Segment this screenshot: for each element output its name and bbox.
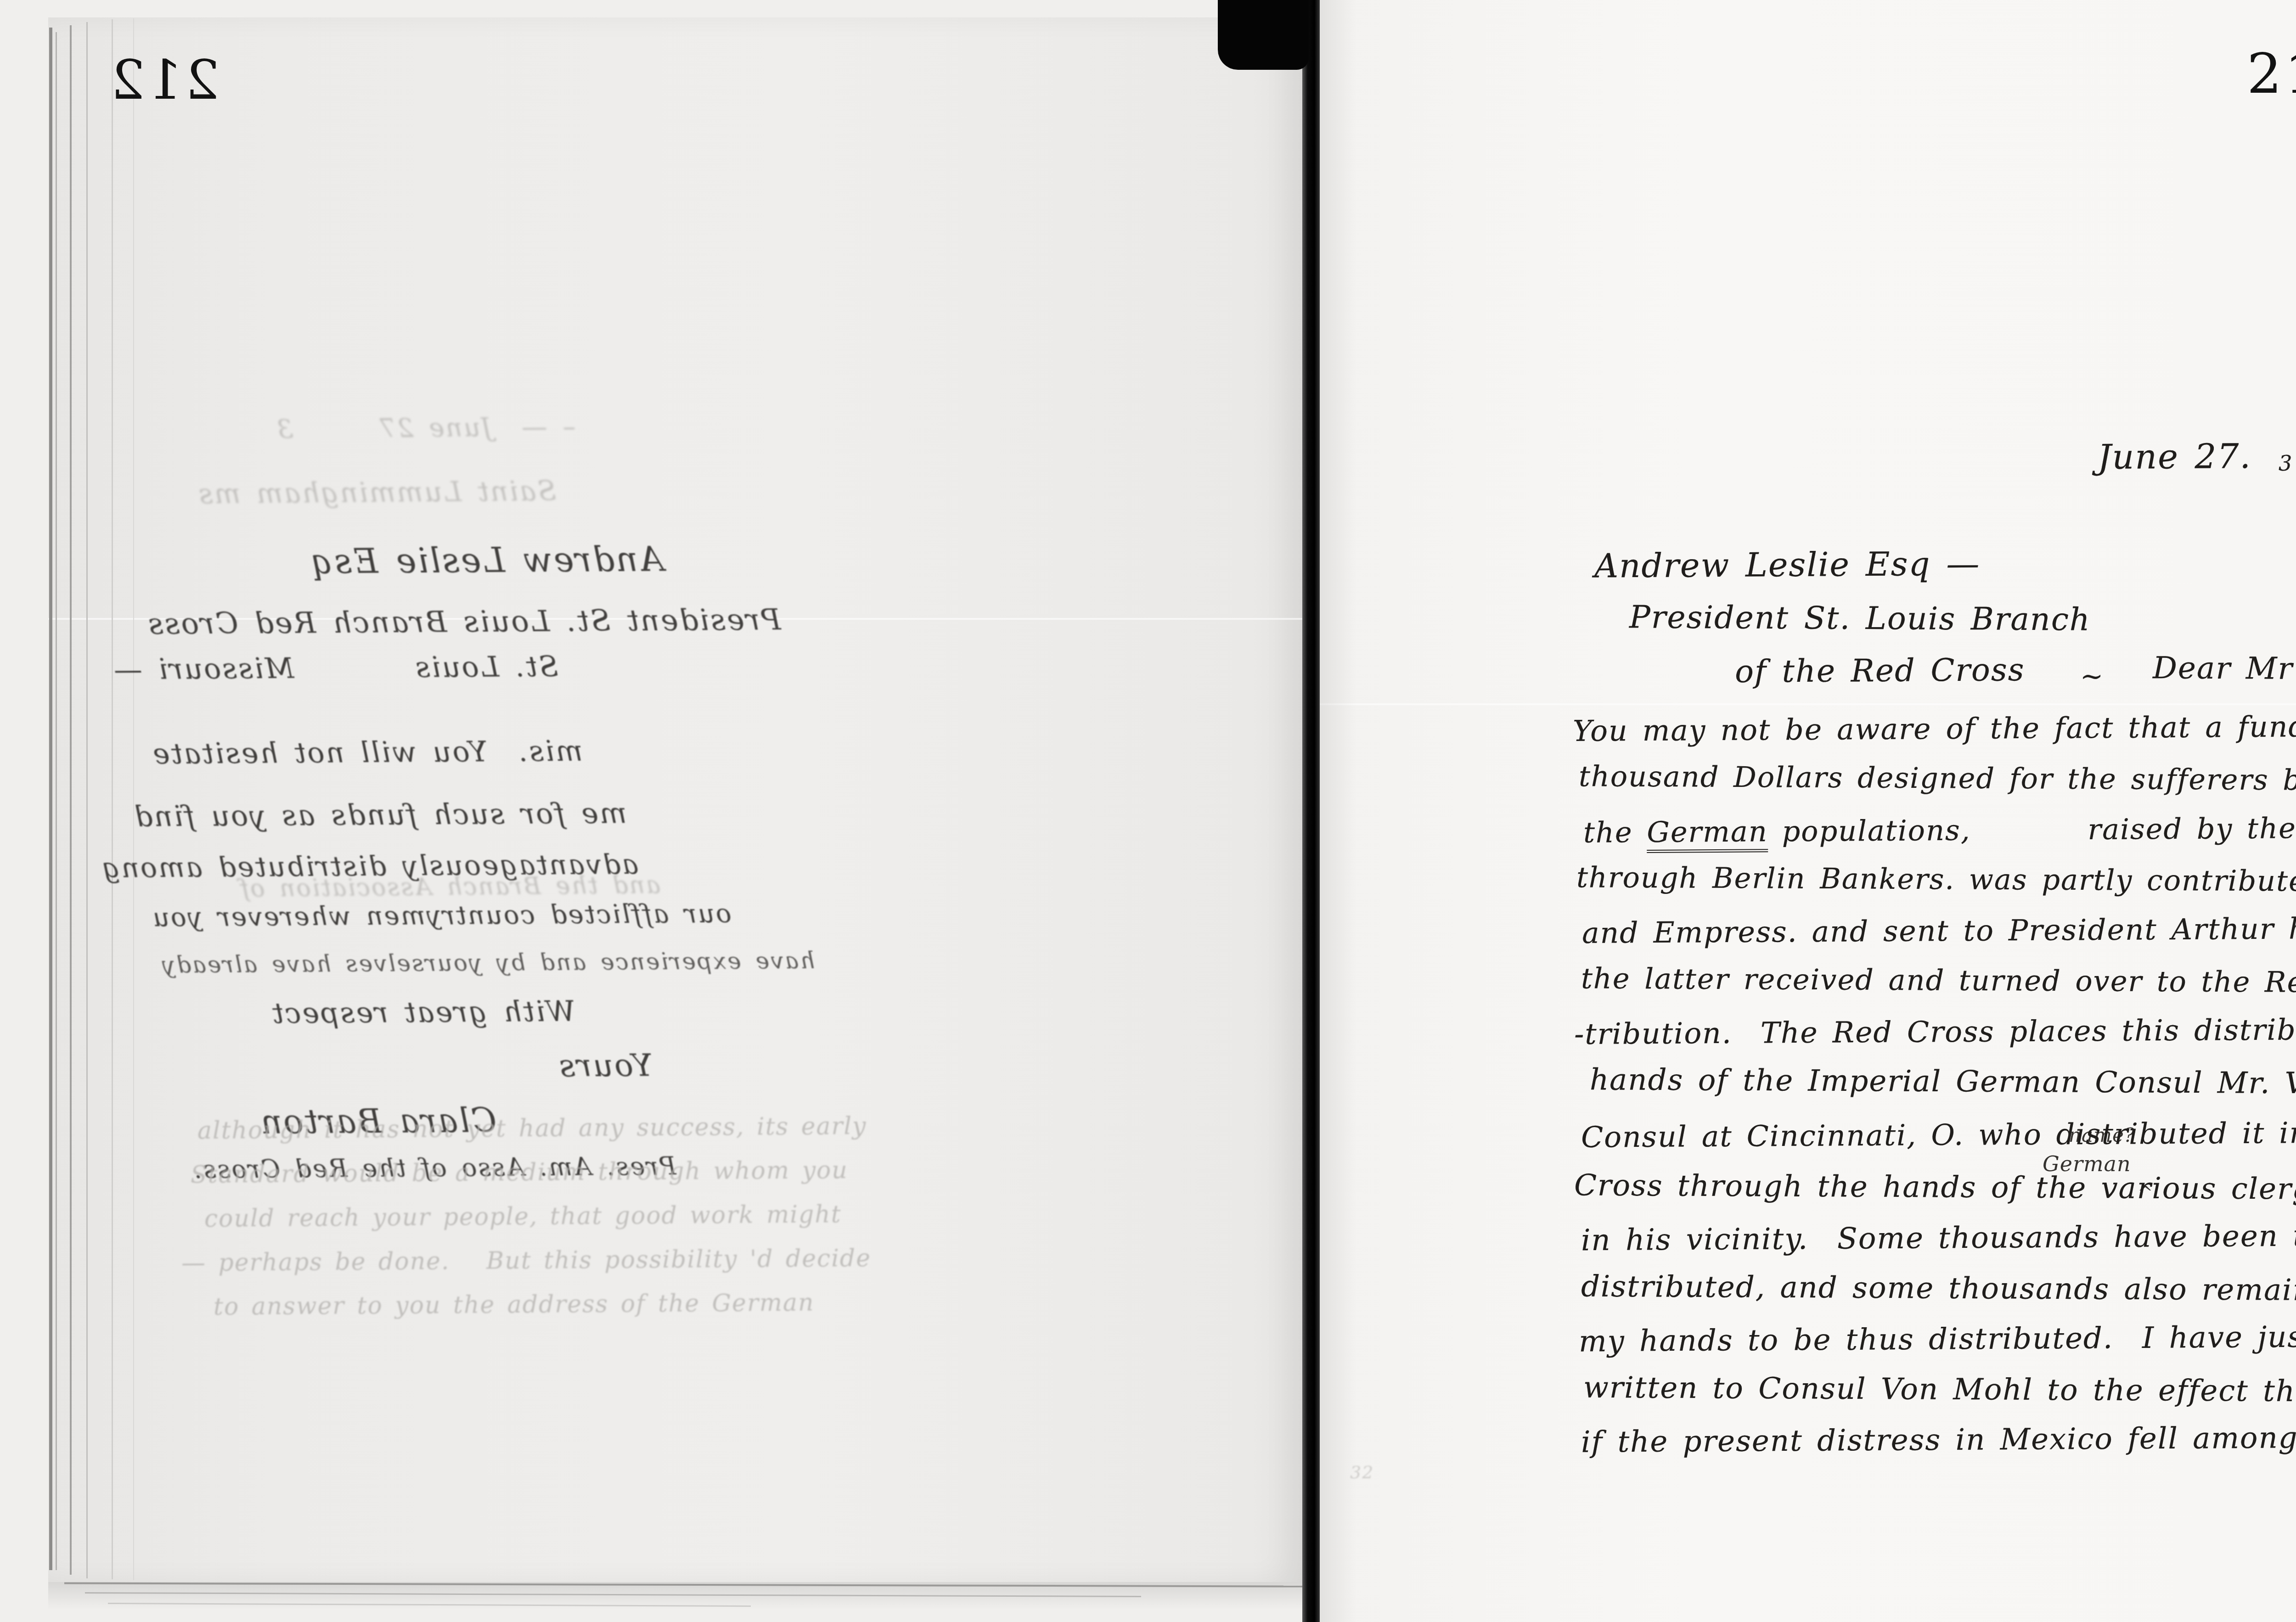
- body-line-6: the latter received and turned over to t…: [1581, 961, 2296, 1000]
- body-line-10: Cross through the hands of the various c…: [1574, 1168, 2296, 1207]
- spine-clip: [1218, 0, 1309, 70]
- offset-line: With great respect: [271, 994, 575, 1030]
- margin-number: 3: [2279, 451, 2293, 476]
- offset-line: Andrew Leslie Esq: [310, 539, 664, 581]
- gutter-mark: 32: [1350, 1462, 1374, 1482]
- ghost-line: although it has not yet had any success,…: [197, 1112, 867, 1145]
- page-edge-stack: [112, 19, 113, 1579]
- page-edge-stack: [56, 32, 57, 1570]
- offset-line: advantageously distributed among: [101, 848, 639, 884]
- ghost-line: – — June 27 3: [276, 412, 576, 444]
- offset-line: St. Louis Missouri —: [113, 650, 558, 686]
- body-line-7: -tribution. The Red Cross places this di…: [1574, 1012, 2296, 1051]
- body-line-1: You may not be aware of the fact that a …: [1573, 709, 2296, 748]
- page-edge-stack: [86, 22, 88, 1578]
- left-page-number: 212: [108, 48, 219, 112]
- ghost-line: Saint Lummingham ms: [197, 475, 557, 511]
- letterbook-scan: 212 – — June 27 3 Saint Lummingham ms an…: [0, 0, 2296, 1622]
- body-line-11: in his vicinity. Some thousands have bee…: [1581, 1219, 2296, 1257]
- book-gutter: [1302, 0, 1320, 1622]
- right-page-number: 213: [2247, 42, 2296, 106]
- page-edge-stack: [49, 28, 52, 1570]
- body-line-2: thousand Dollars designed for the suffer…: [1579, 759, 2296, 798]
- date-line: June 27.: [2098, 437, 2252, 477]
- offset-line: me for such funds as you find: [133, 796, 627, 833]
- address-line-3: of the Red Cross: [1735, 652, 2025, 690]
- body-line-12: distributed, and some thousands also rem…: [1581, 1270, 2296, 1308]
- offset-line: Yours: [558, 1047, 653, 1084]
- body-line-8: hands of the Imperial German Consul Mr. …: [1590, 1063, 2296, 1101]
- offset-line: mis. You will not hesitate: [152, 734, 583, 771]
- body-line-13: my hands to be thus distributed. I have …: [1579, 1320, 2296, 1359]
- offset-line: President St. Louis Branch Red Cross: [147, 603, 781, 641]
- body-line-3-pre: the: [1583, 815, 1647, 849]
- address-line-1: Andrew Leslie Esq —: [1594, 544, 1981, 585]
- address-line-2: President St. Louis Branch: [1629, 599, 2091, 638]
- right-page-crease: [1320, 703, 2296, 705]
- body-line-4: through Berlin Bankers. was partly contr…: [1576, 860, 2296, 899]
- body-line-3-underlined-word: German: [1647, 814, 1768, 853]
- ghost-line: could reach your people, that good work …: [204, 1201, 842, 1233]
- gutter-shadow: [1320, 0, 1356, 1622]
- body-line-3-tail: raised by the people of Germany: [2088, 809, 2296, 846]
- body-line-15: if the present distress in Mexico fell a…: [1581, 1421, 2296, 1459]
- ghost-line: — perhaps be done. But this possibility …: [181, 1245, 871, 1277]
- page-edge-stack: [70, 25, 72, 1575]
- offset-line: our afflicted countrymen wherever you: [152, 899, 732, 933]
- body-line-3-post: populations,: [1768, 814, 1971, 848]
- offset-line: have experience and by yourselves have a…: [161, 947, 815, 978]
- salutation: Dear Mr Leslie —: [2153, 650, 2296, 687]
- ghost-line: Standard would be a medium through whom …: [191, 1156, 848, 1189]
- body-line-14: written to Consul Von Mohl to the effect…: [1583, 1371, 2296, 1409]
- address-tilde: ~: [2080, 660, 2104, 692]
- body-line-5: and Empress. and sent to President Arthu…: [1582, 911, 2296, 950]
- body-line-3: the German populations,raised by the peo…: [1583, 809, 2296, 849]
- ghost-line: to answer to you the address of the Germ…: [214, 1289, 815, 1320]
- left-page-bottom-shadow: [48, 1582, 1302, 1610]
- body-line-9: Consul at Cincinnati, O. who distributed…: [1581, 1115, 2296, 1154]
